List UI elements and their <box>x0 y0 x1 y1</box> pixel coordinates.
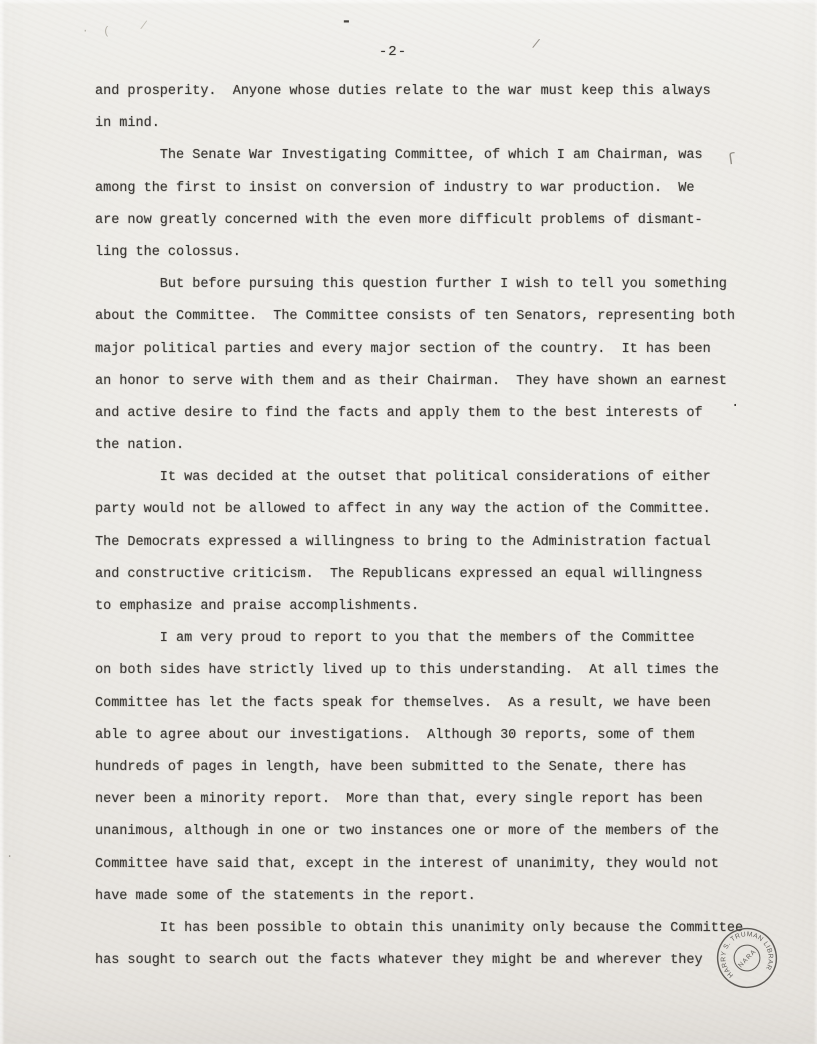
pencil-slash: / <box>139 20 148 33</box>
text-line: on both sides have strictly lived up to … <box>95 655 775 687</box>
text-line: the nation. <box>95 430 775 462</box>
page-number: -2- <box>379 44 407 60</box>
stray-ink-slash: / <box>531 37 541 51</box>
text-line: hundreds of pages in length, have been s… <box>95 752 775 784</box>
typewritten-text: and prosperity. Anyone whose duties rela… <box>95 76 775 977</box>
text-line: never been a minority report. More than … <box>95 784 775 816</box>
truman-library-stamp: HARRY S. TRUMAN LIBRARY NARA <box>713 924 781 992</box>
text-line: have made some of the statements in the … <box>95 881 775 913</box>
text-line: It was decided at the outset that politi… <box>95 462 775 494</box>
text-line: about the Committee. The Committee consi… <box>95 301 775 333</box>
text-line: has sought to search out the facts whate… <box>95 945 775 977</box>
text-line: and prosperity. Anyone whose duties rela… <box>95 76 775 108</box>
pencil-marks: · ( <box>82 27 114 38</box>
text-line: are now greatly concerned with the even … <box>95 205 775 237</box>
text-line: an honor to serve with them and as their… <box>95 366 775 398</box>
margin-speck: . <box>6 848 13 860</box>
text-line: in mind. <box>95 108 775 140</box>
text-line: The Democrats expressed a willingness to… <box>95 527 775 559</box>
text-line: and constructive criticism. The Republic… <box>95 559 775 591</box>
text-line: ling the colossus. <box>95 237 775 269</box>
text-line: and active desire to find the facts and … <box>95 398 775 430</box>
text-line: Committee has let the facts speak for th… <box>95 688 775 720</box>
text-line: party would not be allowed to affect in … <box>95 494 775 526</box>
document-page: -2- - / · ( / ſ . . and prosperity. Anyo… <box>0 0 817 1044</box>
text-line: major political parties and every major … <box>95 334 775 366</box>
text-line: The Senate War Investigating Committee, … <box>95 140 775 172</box>
text-line: But before pursuing this question furthe… <box>95 269 775 301</box>
text-line: unanimous, although in one or two instan… <box>95 816 775 848</box>
text-line: to emphasize and praise accomplishments. <box>95 591 775 623</box>
text-line: Committee have said that, except in the … <box>95 849 775 881</box>
stamp-center-text: NARA <box>737 948 758 969</box>
text-line: able to agree about our investigations. … <box>95 720 775 752</box>
stray-ink-dash: - <box>341 13 352 31</box>
text-line: It has been possible to obtain this unan… <box>95 913 775 945</box>
text-line: among the first to insist on conversion … <box>95 173 775 205</box>
text-line: I am very proud to report to you that th… <box>95 623 775 655</box>
